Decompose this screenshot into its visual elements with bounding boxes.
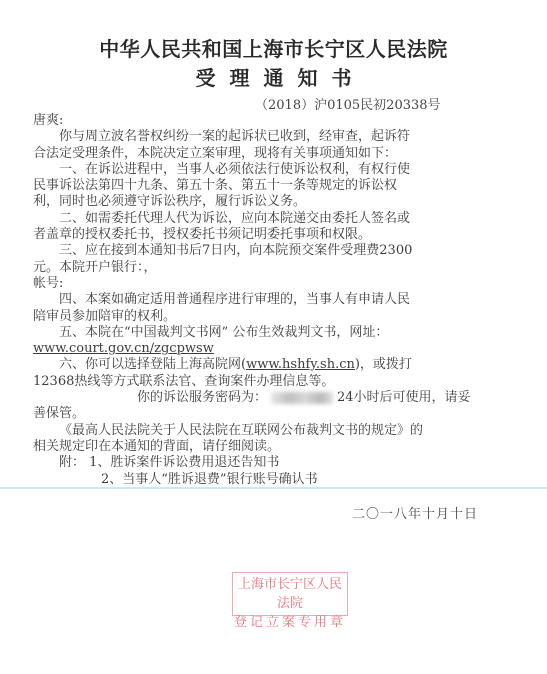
password-line: 你的诉讼服务密码为：24小时后可使用，请妥	[33, 390, 485, 406]
password-line-2: 善保管。	[33, 406, 485, 422]
item3-line-3: 帐号:	[33, 276, 485, 292]
scan-artifact-line	[0, 487, 547, 489]
item4-line-1: 四、本案如确定适用普通程序进行审理的，当事人有申请人民	[33, 292, 485, 308]
intro-line-1: 你与周立波名誉权纠纷一案的起诉状已收到，经审查，起诉符	[33, 129, 485, 145]
case-number: （2018）沪0105民初20338号	[255, 94, 441, 113]
item2-line-1: 二、如需委托代理人代为诉讼，应向本院递交由委托人签名或	[33, 211, 485, 227]
court-registration-stamp: 上海市长宁区人民法院 登记立案专用章	[232, 572, 348, 616]
item1-line-1: 一、在诉讼进程中，当事人必须依法行使诉讼权利，有权行使	[33, 162, 485, 178]
court-name-heading: 中华人民共和国上海市长宁区人民法院	[0, 33, 547, 62]
password-label: 你的诉讼服务密码为：	[137, 390, 267, 405]
stamp-line-2: 登记立案专用章	[233, 613, 347, 632]
stamp-line-1: 上海市长宁区人民法院	[233, 575, 347, 613]
item6-line-2: 12368热线等方式联系法官、查询案件办理信息等。	[33, 374, 485, 390]
court-notice-document: 中华人民共和国上海市长宁区人民法院 受理通知书 （2018）沪0105民初203…	[0, 0, 547, 674]
document-title: 受理通知书	[0, 62, 547, 91]
attachment-label: 附：	[59, 455, 85, 470]
item3-line-1: 三、应在接到本通知书后7日内，向本院预交案件受理费2300	[33, 243, 485, 259]
attachment-item-1: 1、胜诉案件诉讼费用退还告知书	[89, 455, 279, 470]
item5-line-1: 五、本院在“中国裁判文书网” 公布生效裁判文书，网址：	[33, 325, 485, 341]
item6-line-1: 六、你可以选择登陆上海高院网(www.hshfy.sh.cn)，或拨打	[33, 357, 485, 373]
attachment-2: 2、当事人“胜诉退费”银行账号确认书	[33, 472, 485, 488]
item6-text-b: )，或拨打	[355, 357, 412, 372]
item1-line-3: 利，同时也必须遵守诉讼秩序，履行诉讼义务。	[33, 194, 485, 210]
item3-line-2: 元。本院开户银行：，	[33, 260, 485, 276]
addressee: 唐爽:	[33, 113, 485, 129]
item6-text-a: 六、你可以选择登陆上海高院网(	[59, 357, 246, 372]
rule-line-2: 相关规定印在本通知的背面，请仔细阅读。	[33, 439, 485, 455]
item1-line-2: 民事诉讼法第四十九条、第五十条、第五十一条等规定的诉讼权	[33, 178, 485, 194]
court-judgment-url[interactable]: www.court.gov.cn/zgcpwsw	[33, 341, 214, 356]
notice-body: 唐爽: 你与周立波名誉权纠纷一案的起诉状已收到，经审查，起诉符 合法定受理条件，…	[33, 113, 485, 488]
item4-line-2: 陪审员参加陪审的权利。	[33, 309, 485, 325]
rule-line-1: 《最高人民法院关于人民法院在互联网公布裁判文书的规定》的	[33, 423, 485, 439]
attachment-1: 附： 1、胜诉案件诉讼费用退还告知书	[33, 455, 485, 471]
issue-date: 二〇一八年十月十日	[352, 503, 478, 522]
redacted-password	[271, 392, 333, 404]
shanghai-court-url[interactable]: www.hshfy.sh.cn	[246, 357, 355, 372]
item2-line-2: 者盖章的授权委托书，授权委托书须记明委托事项和权限。	[33, 227, 485, 243]
password-note: 24小时后可使用，请妥	[337, 390, 471, 405]
intro-line-2: 合法定受理条件，本院决定立案审理，现将有关事项通知如下：	[33, 146, 485, 162]
